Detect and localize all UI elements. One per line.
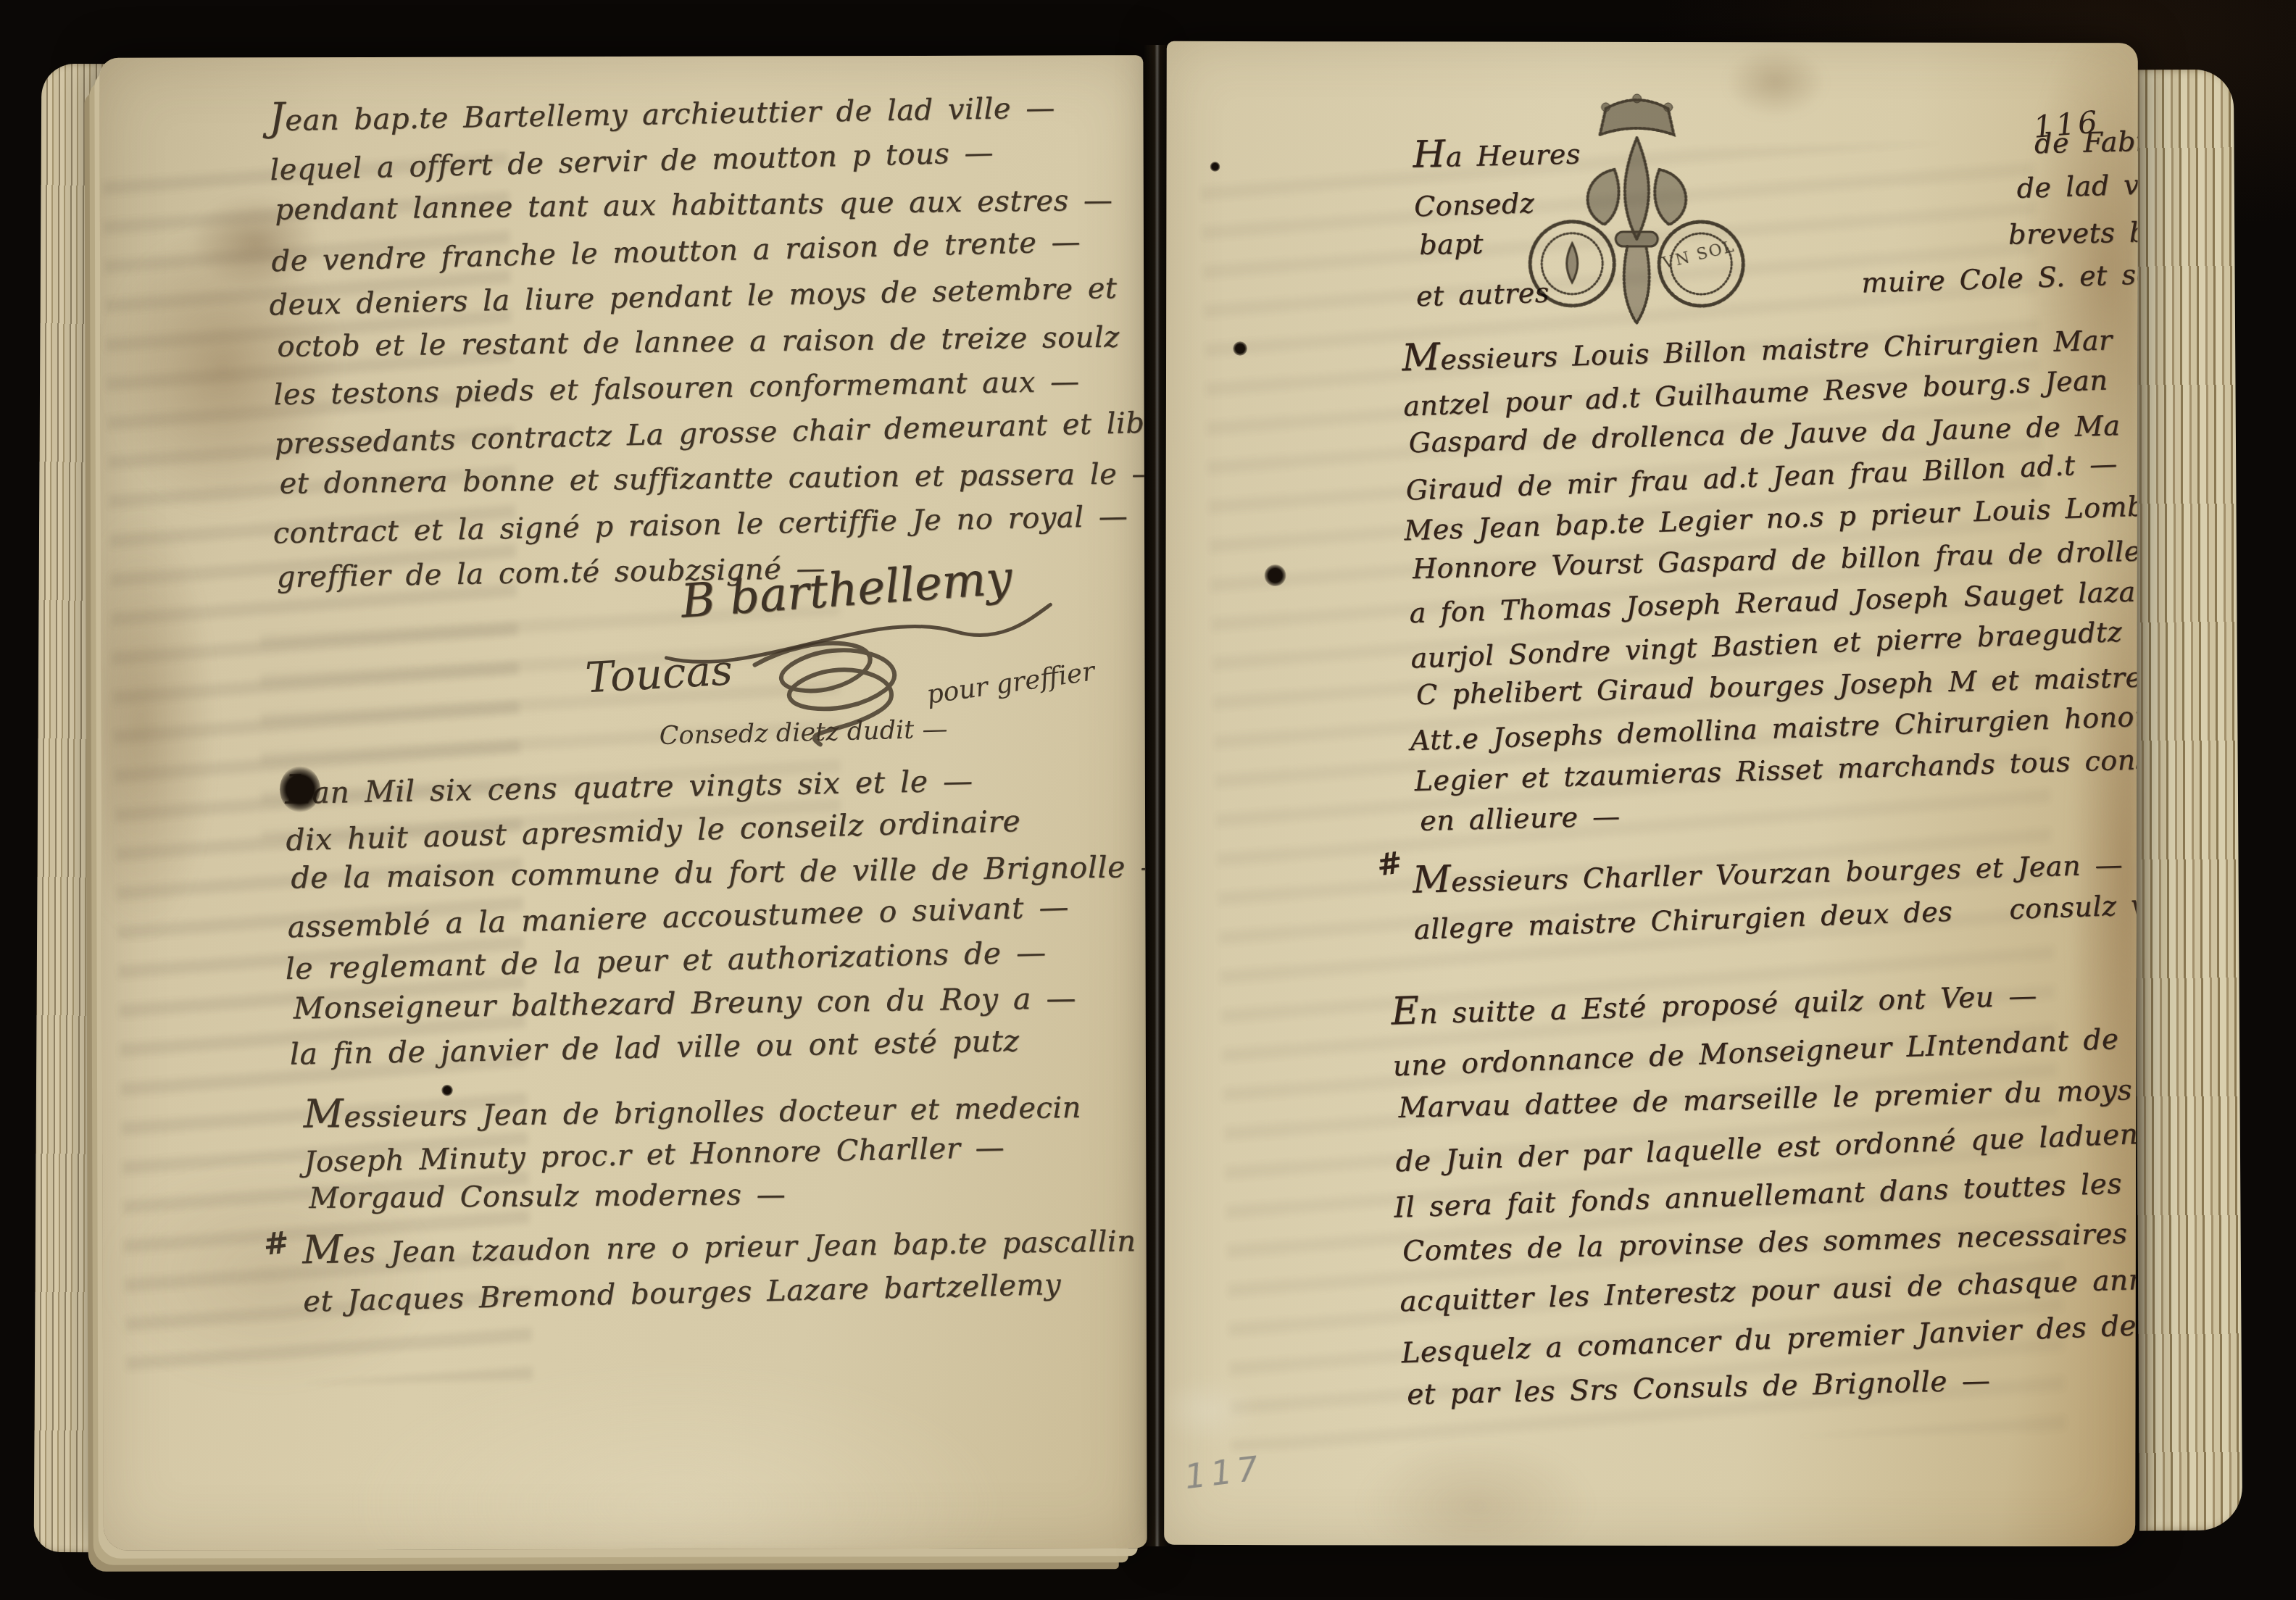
- ink-blot: [441, 1085, 453, 1096]
- right-paragraph-consuls-vieux: Messieurs Charller Vourzan bourges et Je…: [1412, 838, 2137, 949]
- left-paragraph-consuls: Messieurs Jean de brignolles docteur et …: [303, 1083, 1083, 1222]
- left-page: Jean bap.te Bartellemy archieuttier de l…: [99, 55, 1147, 1551]
- left-paragraph-council-session: Lan Mil six cens quatre vingts six et le…: [285, 753, 1147, 1076]
- manuscript-line: octob et le restant de lannee a raison d…: [277, 314, 1147, 370]
- margin-mark: #: [262, 1225, 291, 1262]
- ink-blot: [1210, 162, 1220, 172]
- ink-blot: [1233, 341, 1247, 356]
- signature-toucas: Toucas: [584, 645, 734, 702]
- photograph-background: Jean bap.te Bartellemy archieuttier de l…: [0, 0, 2296, 1600]
- tax-stamp-fleur-de-lis: VN SOL: [1505, 90, 1768, 334]
- manuscript-book: Jean bap.te Bartellemy archieuttier de l…: [0, 0, 2296, 1600]
- right-paragraph-attendees: Messieurs Louis Billon maistre Chirurgie…: [1401, 313, 2137, 844]
- left-paragraph-lease: Jean bap.te Bartellemy archieuttier de l…: [269, 79, 1147, 601]
- right-page: 116 Ha Heures de Fabio et Simon beu —Con…: [1164, 41, 2138, 1546]
- manuscript-line: Morgaud Consulz modernes —: [309, 1172, 1087, 1219]
- right-paragraph-ordonnance: En suitte a Esté proposé quilz ont Veu —…: [1390, 961, 2137, 1422]
- ink-blot: [280, 766, 320, 812]
- stamp-denomination-text: VN SOL: [1660, 238, 1737, 273]
- section-heading: Consedz dietz dudit —: [659, 715, 948, 751]
- left-paragraph-notables: Mes Jean tzaudon nre o prieur Jean bap.t…: [302, 1215, 1137, 1321]
- margin-mark: #: [1375, 844, 1405, 883]
- signature-greffier-note: pour greffier: [925, 657, 1097, 710]
- ink-blot: [1264, 564, 1286, 586]
- pencil-folio-number: 117: [1183, 1449, 1266, 1497]
- right-page-edges: [2131, 70, 2242, 1531]
